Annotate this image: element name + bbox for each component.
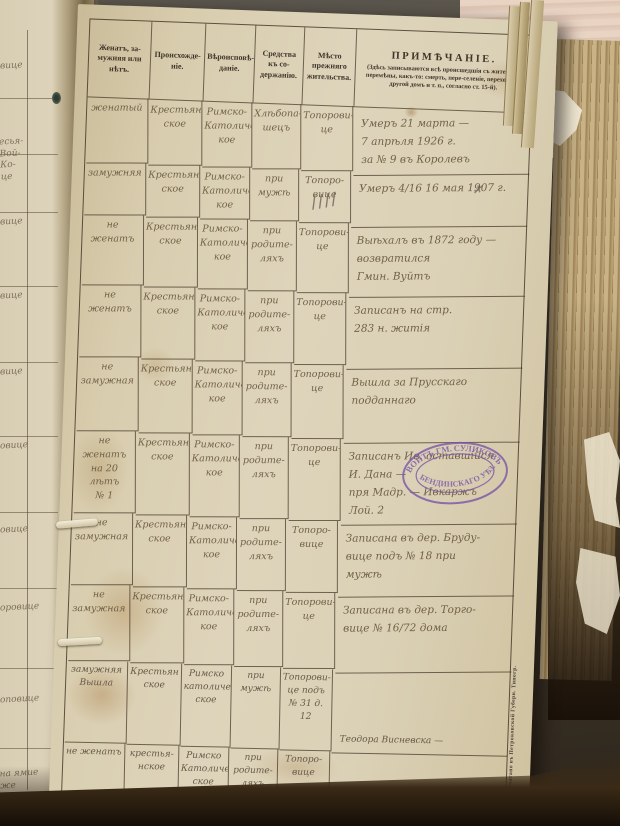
cell-marital: не замужная: [77, 357, 139, 431]
cell-origin: Крестьян- ское: [148, 101, 202, 166]
cell-religion: Римско- Католичес- кое: [184, 589, 234, 665]
cell-religion: Римско- Католичес- кое: [187, 517, 237, 589]
left-page-text-fragment: есья- Вой- Ко- це: [0, 135, 59, 185]
cell-notes: [329, 753, 506, 810]
table-header-row: Женатъ, за- мужняя или нѣтъ. Происхожде-…: [88, 19, 534, 113]
cell-origin: крестья- нское: [124, 745, 179, 800]
cell-notes: Выѣхалъ въ 1872 году — возвратился Гмин.…: [349, 226, 525, 297]
cell-means: при родите- ляхъ: [248, 221, 297, 291]
cell-residence: Топоро- вице: [286, 521, 338, 593]
left-page-row-line: [0, 286, 58, 287]
left-page-row-line: [0, 98, 58, 99]
left-page-text-fragment: вице: [0, 58, 58, 73]
left-page-row-line: [0, 668, 58, 669]
cell-residence: Топорови- це: [294, 293, 346, 365]
cell-notes: Вышла за Прусскаго подданнаго: [343, 368, 520, 443]
official-oval-stamp: ВОЙТЪ ГМ. СУЛИКОВЪ БЕНДИНСКАГО УѢЗ.: [396, 433, 514, 512]
cell-marital: замужняя Вышла: [65, 660, 129, 743]
cell-residence: Топорови- це: [297, 223, 349, 293]
cell-residence: Топорови- це: [289, 438, 341, 520]
cell-religion: Римско католиче- ское: [181, 665, 233, 748]
left-page-row-line: [0, 512, 58, 513]
cell-notes: Умеръ 4/16 16 мая 1907 г.: [351, 174, 527, 227]
header-means: Средства къ со- держанію.: [253, 26, 305, 106]
cell-marital: замужняя: [84, 163, 146, 215]
stamp-arc-bottom-text: БЕНДИНСКАГО УѢЗ.: [417, 462, 498, 491]
cell-marital: не женатъ: [79, 285, 141, 357]
cell-religion: Римско- Католичес- кое: [198, 219, 248, 289]
left-page-text-fragment: вице: [0, 288, 58, 303]
left-page-text-fragment: оповице: [0, 692, 58, 707]
cell-means: при родите- ляхъ: [245, 291, 294, 363]
header-marital: Женатъ, за- мужняя или нѣтъ.: [88, 19, 153, 99]
cell-residence: Топоро- вице: [277, 750, 330, 805]
cell-marital: не женатъ: [82, 215, 144, 285]
cell-religion: Римско Католиче- ское: [178, 747, 229, 802]
left-page-row-line: [0, 588, 58, 589]
header-origin: Происхожде- ніе.: [150, 22, 207, 102]
cell-means: при родите- ляхъ: [240, 437, 289, 519]
cell-marital: не замужная: [68, 585, 130, 661]
cell-origin: Крестьян- ское: [136, 433, 190, 515]
cell-notes: Записана въ дер. Торго- вице № 16/72 дом…: [335, 596, 512, 673]
cell-origin: Крестьян- ское: [141, 287, 195, 359]
cell-origin: Крестьян- ское: [146, 165, 200, 217]
left-page-text-fragment: овице: [0, 522, 58, 537]
cell-marital: не женатъ на 20 лѣтъ № 1: [74, 431, 136, 513]
cell-marital: женатый: [86, 98, 148, 163]
cell-religion: Римско- Католичес- кое: [190, 435, 240, 517]
cell-residence: Топорови- це: [292, 365, 344, 439]
cell-means: при мужѣ: [231, 666, 282, 749]
cell-religion: Римско- Католичес- кое: [193, 361, 243, 435]
cell-origin: Крестьян ское: [127, 663, 183, 746]
svg-text:БЕНДИНСКАГО УѢЗ.: БЕНДИНСКАГО УѢЗ.: [417, 462, 498, 491]
cell-origin: Крестьян- ское: [144, 217, 198, 287]
cell-religion: Римско- Католичес- кое: [202, 103, 252, 168]
cell-religion: Римско- Католичес- кое: [195, 289, 245, 361]
cell-means: при родите- ляхъ: [243, 363, 292, 437]
binding-hole: [52, 92, 61, 104]
left-page-row-line: [0, 212, 58, 213]
registry-table: Женатъ, за- мужняя или нѣтъ. Происхожде-…: [61, 18, 534, 813]
left-page-row-line: [0, 436, 58, 437]
header-residence: Мѣсто прежняго жительства.: [302, 27, 357, 107]
left-page-row-line: [0, 748, 58, 749]
cell-notes: Записана въ дер. Бруду- вице подъ № 18 п…: [338, 524, 514, 597]
cell-residence: Топорови- це подъ № 31 д. 12: [280, 668, 334, 751]
cell-origin: Крестьян- ское: [139, 359, 193, 433]
left-page-row-line: [0, 362, 58, 363]
cell-notes: Записанъ на стр. 283 н. житія: [346, 296, 522, 369]
left-page-text-fragment: овице: [0, 438, 58, 453]
cell-means: при родите- ляхъ: [228, 748, 278, 803]
registry-page: Женатъ, за- мужняя или нѣтъ. Происхожде-…: [49, 4, 558, 821]
photo-scene: вице есья- Вой- Ко- це вице вице вице ов…: [0, 0, 620, 826]
left-page-text-fragment: вице: [0, 364, 58, 379]
cell-means: при родите- ляхъ: [234, 591, 283, 667]
cell-marital: не женатъ: [62, 742, 125, 797]
header-religion: Вѣроисповѣ- даніе.: [204, 24, 257, 104]
cell-origin: Крестьян- ское: [133, 515, 187, 587]
table-row: замужняя Вышла Крестьян ское Римско като…: [64, 660, 510, 758]
cell-residence: Топорови- це: [283, 593, 335, 669]
cell-means: при мужѣ: [250, 169, 299, 221]
cell-religion: Римско- Католичес- кое: [200, 167, 250, 219]
cell-origin: Крестьян- ское: [130, 587, 184, 663]
left-page-text-fragment: вице: [0, 214, 58, 229]
cell-residence: Топорови- це: [301, 106, 353, 171]
left-page-text-fragment: оровице: [0, 600, 58, 615]
cell-notes: Теодора Висневска —: [331, 671, 509, 756]
cell-means: Хлѣбопа- шецъ: [252, 104, 301, 169]
cell-means: при родите- ляхъ: [237, 519, 286, 591]
